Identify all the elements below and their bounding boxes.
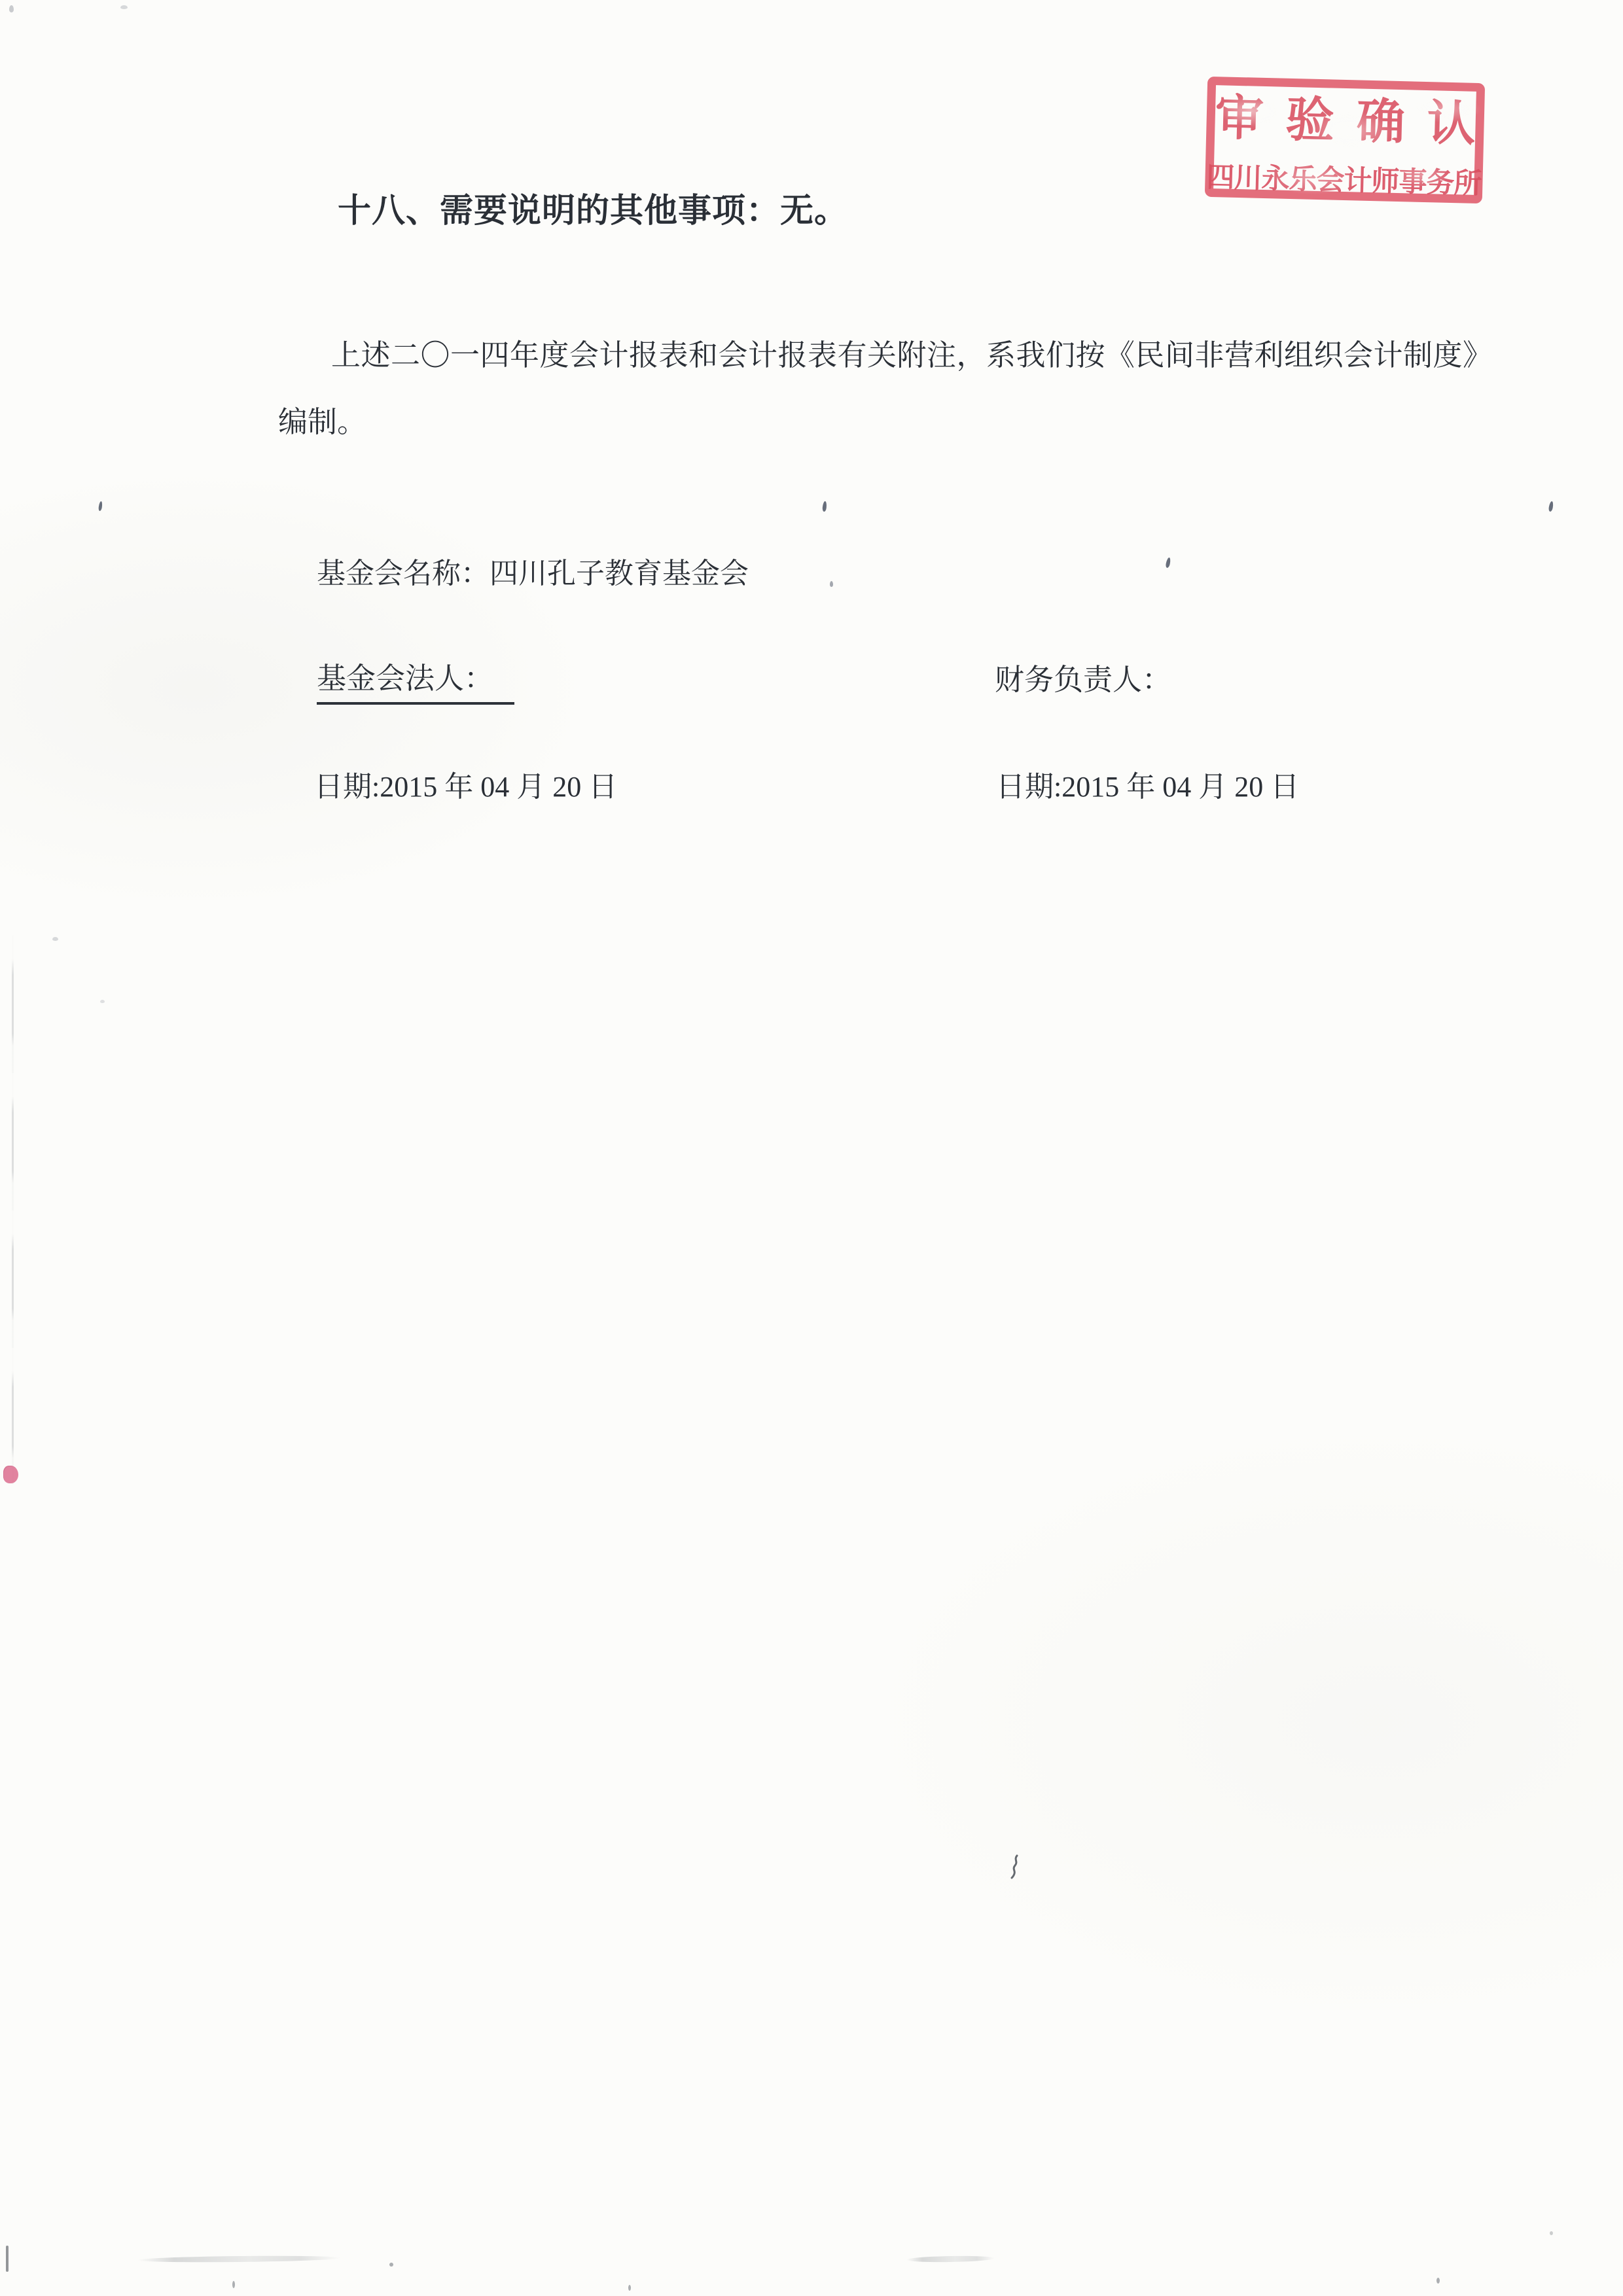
ink-speck <box>822 501 827 512</box>
finance-officer-label: 财务负责人： <box>995 656 1171 698</box>
edge-mark <box>6 2246 9 2272</box>
ink-speck <box>100 1000 105 1003</box>
ink-speck <box>1436 2278 1440 2284</box>
date-right: 日期:2015 年 04 月 20 日 <box>996 763 1299 805</box>
date-left: 日期:2015 年 04 月 20 日 <box>314 763 617 805</box>
pink-ink-mark <box>3 1466 18 1483</box>
ink-speck <box>232 2281 235 2288</box>
ink-speck <box>1550 2231 1553 2235</box>
paragraph-line: 编制。 <box>278 398 366 440</box>
section-heading: 十八、需要说明的其他事项：无。 <box>338 183 848 232</box>
stamp-title-text: 审验确认 <box>1215 79 1499 156</box>
ink-speck <box>628 2285 631 2291</box>
ink-speck <box>830 581 833 587</box>
audit-stamp: 审验确认 四川永乐会计师事务所 <box>1205 77 1485 203</box>
ink-speck <box>9 5 14 12</box>
legal-representative-label: 基金会法人： <box>317 654 514 705</box>
ink-speck <box>52 937 58 941</box>
bottom-smudge <box>906 2255 995 2263</box>
ink-speck <box>389 2263 393 2267</box>
foundation-name-line: 基金会名称：四川孔子教育基金会 <box>317 550 749 592</box>
ink-speck <box>1548 501 1554 512</box>
bottom-smudge <box>137 2255 340 2263</box>
ink-speck <box>1165 557 1171 569</box>
ink-speck <box>98 501 103 512</box>
stamp-firm-name-text: 四川永乐会计师事务所 <box>1206 154 1482 201</box>
scanned-document-page: 审验确认 四川永乐会计师事务所 十八、需要说明的其他事项：无。 上述二〇一四年度… <box>0 0 1623 2296</box>
ink-speck <box>120 5 128 9</box>
paragraph-line: 上述二〇一四年度会计报表和会计报表有关附注，系我们按《民间非营利组织会计制度》 <box>331 331 1493 374</box>
ink-squiggle-mark <box>1007 1854 1024 1879</box>
scanner-streak <box>12 936 14 1484</box>
